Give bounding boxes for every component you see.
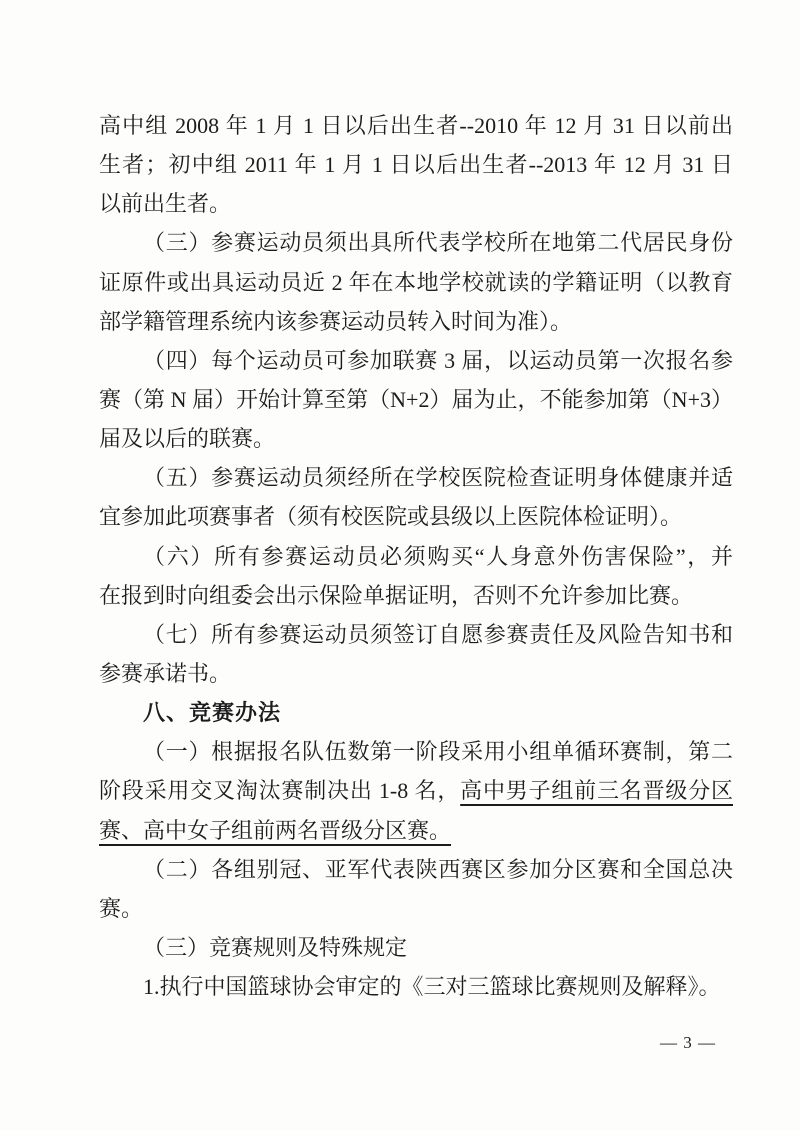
- document-body: 高中组 2008 年 1 月 1 日以后出生者--2010 年 12 月 31 …: [99, 106, 733, 1006]
- text-line: 参赛承诺书。: [99, 654, 733, 693]
- text-segment: （三）参赛运动员须出具所代表学校所在地第二代居民身份: [143, 230, 733, 255]
- text-line: 在报到时向组委会出示保险单据证明，否则不允许参加比赛。: [99, 576, 733, 615]
- paragraph: （六）所有参赛运动员必须购买“人身意外伤害保险”，并在报到时向组委会出示保险单据…: [99, 537, 733, 615]
- text-segment: 届及以后的联赛。: [99, 426, 275, 451]
- paragraph: 1.执行中国篮球协会审定的《三对三篮球比赛规则及解释》。: [99, 967, 733, 1006]
- text-segment: （三）竞赛规则及特殊规定: [143, 935, 407, 960]
- text-line: 宜参加此项赛事者（须有校医院或县级以上医院体检证明）。: [99, 497, 733, 536]
- text-segment: 阶段采用交叉淘汰赛制决出 1-8 名，: [99, 778, 460, 803]
- text-line: 证原件或出具运动员近 2 年在本地学校就读的学籍证明（以教育: [99, 263, 733, 302]
- text-line: 赛、高中女子组前两名晋级分区赛。: [99, 811, 733, 850]
- paragraph: （一）根据报名队伍数第一阶段采用小组单循环赛制，第二阶段采用交叉淘汰赛制决出 1…: [99, 732, 733, 849]
- text-segment: （六）所有参赛运动员必须购买“人身意外伤害保险”，并: [143, 544, 733, 569]
- text-line: 赛。: [99, 889, 733, 928]
- text-line: 赛（第 N 届）开始计算至第（N+2）届为止，不能参加第（N+3）: [99, 380, 733, 419]
- paragraph: （四）每个运动员可参加联赛 3 届，以运动员第一次报名参赛（第 N 届）开始计算…: [99, 341, 733, 458]
- text-line: （六）所有参赛运动员必须购买“人身意外伤害保险”，并: [99, 537, 733, 576]
- text-line: （七）所有参赛运动员须签订自愿参赛责任及风险告知书和: [99, 615, 733, 654]
- text-line: 1.执行中国篮球协会审定的《三对三篮球比赛规则及解释》。: [99, 967, 733, 1006]
- text-segment: 赛。: [99, 896, 143, 921]
- text-segment: 参赛承诺书。: [99, 661, 231, 686]
- section-heading: 八、竞赛办法: [99, 693, 733, 732]
- text-line: （三）竞赛规则及特殊规定: [99, 928, 733, 967]
- text-segment: 1.执行中国篮球协会审定的《三对三篮球比赛规则及解释》。: [143, 974, 721, 999]
- text-segment: 生者；初中组 2011 年 1 月 1 日以后出生者--2013 年 12 月 …: [99, 152, 733, 177]
- text-segment: 八、竞赛办法: [143, 700, 281, 725]
- text-segment: （五）参赛运动员须经所在学校医院检查证明身体健康并适: [143, 465, 733, 490]
- text-line: 届及以后的联赛。: [99, 419, 733, 458]
- document-page: 高中组 2008 年 1 月 1 日以后出生者--2010 年 12 月 31 …: [0, 0, 800, 1131]
- text-line: 生者；初中组 2011 年 1 月 1 日以后出生者--2013 年 12 月 …: [99, 145, 733, 184]
- text-line: （五）参赛运动员须经所在学校医院检查证明身体健康并适: [99, 458, 733, 497]
- underlined-text: 高中男子组前三名晋级分区: [460, 778, 733, 803]
- text-segment: 以前出生者。: [99, 191, 231, 216]
- text-line: （二）各组别冠、亚军代表陕西赛区参加分区赛和全国总决: [99, 850, 733, 889]
- text-line: 高中组 2008 年 1 月 1 日以后出生者--2010 年 12 月 31 …: [99, 106, 733, 145]
- text-segment: 证原件或出具运动员近 2 年在本地学校就读的学籍证明（以教育: [99, 270, 733, 295]
- paragraph: 高中组 2008 年 1 月 1 日以后出生者--2010 年 12 月 31 …: [99, 106, 733, 223]
- text-line: 部学籍管理系统内该参赛运动员转入时间为准）。: [99, 302, 733, 341]
- text-segment: （四）每个运动员可参加联赛 3 届，以运动员第一次报名参: [143, 348, 733, 373]
- text-line: 以前出生者。: [99, 184, 733, 223]
- underlined-text: 赛、高中女子组前两名晋级分区赛。: [99, 818, 451, 843]
- text-line: （四）每个运动员可参加联赛 3 届，以运动员第一次报名参: [99, 341, 733, 380]
- text-segment: （七）所有参赛运动员须签订自愿参赛责任及风险告知书和: [143, 622, 733, 647]
- text-segment: 高中组 2008 年 1 月 1 日以后出生者--2010 年 12 月 31 …: [99, 113, 733, 138]
- text-line: （一）根据报名队伍数第一阶段采用小组单循环赛制，第二: [99, 732, 733, 771]
- text-line: （三）参赛运动员须出具所代表学校所在地第二代居民身份: [99, 223, 733, 262]
- paragraph: （二）各组别冠、亚军代表陕西赛区参加分区赛和全国总决赛。: [99, 850, 733, 928]
- paragraph: （七）所有参赛运动员须签订自愿参赛责任及风险告知书和参赛承诺书。: [99, 615, 733, 693]
- paragraph: （五）参赛运动员须经所在学校医院检查证明身体健康并适宜参加此项赛事者（须有校医院…: [99, 458, 733, 536]
- text-segment: 在报到时向组委会出示保险单据证明，否则不允许参加比赛。: [99, 583, 693, 608]
- text-segment: 赛（第 N 届）开始计算至第（N+2）届为止，不能参加第（N+3）: [99, 387, 733, 412]
- paragraph: （三）参赛运动员须出具所代表学校所在地第二代居民身份证原件或出具运动员近 2 年…: [99, 223, 733, 340]
- text-segment: （二）各组别冠、亚军代表陕西赛区参加分区赛和全国总决: [143, 857, 733, 882]
- text-segment: （一）根据报名队伍数第一阶段采用小组单循环赛制，第二: [143, 739, 733, 764]
- text-line: 八、竞赛办法: [99, 693, 733, 732]
- page-number: — 3 —: [660, 1033, 716, 1053]
- text-segment: 部学籍管理系统内该参赛运动员转入时间为准）。: [99, 309, 572, 334]
- text-segment: 宜参加此项赛事者（须有校医院或县级以上医院体检证明）。: [99, 504, 682, 529]
- paragraph: （三）竞赛规则及特殊规定: [99, 928, 733, 967]
- text-line: 阶段采用交叉淘汰赛制决出 1-8 名，高中男子组前三名晋级分区: [99, 771, 733, 810]
